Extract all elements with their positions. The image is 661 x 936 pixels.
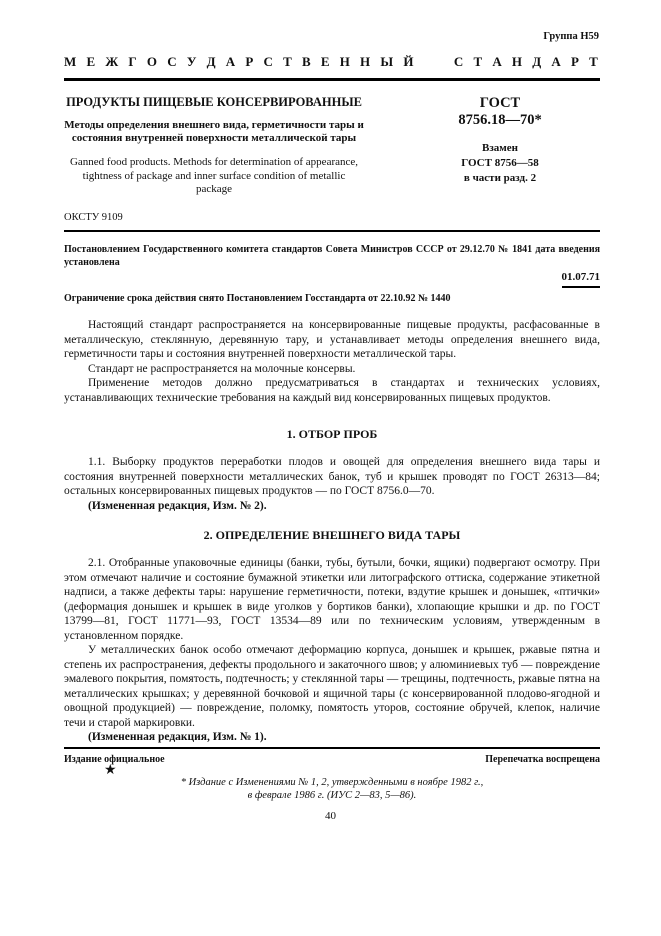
heading-letter: Е <box>321 54 330 70</box>
heading-letter: С <box>263 54 272 70</box>
decree-text: Постановлением Государственного комитета… <box>64 244 600 269</box>
section-2-heading: 2. ОПРЕДЕЛЕНИЕ ВНЕШНЕГО ВИДА ТАРЫ <box>64 528 600 543</box>
heading-letter: Е <box>86 54 95 70</box>
heading-letter: Р <box>245 54 253 70</box>
intro-section: Настоящий стандарт распространяется на к… <box>64 318 600 405</box>
heading-letter: Р <box>571 54 579 70</box>
heading-letter: Г <box>128 54 136 70</box>
section-1-amendment: (Измененная редакция, Изм. № 2). <box>64 499 600 514</box>
okstu-code: ОКСТУ 9109 <box>64 212 123 223</box>
footnote: * Издание с Изменениями № 1, 2, утвержде… <box>64 776 600 802</box>
section-1-paragraph: 1.1. Выборку продуктов переработки плодо… <box>64 455 600 499</box>
replaces-label: Взамен <box>430 141 570 156</box>
heading-letter: Т <box>473 54 482 70</box>
document-title: ПРОДУКТЫ ПИЩЕВЫЕ КОНСЕРВИРОВАННЫЕ <box>64 95 364 110</box>
standard-type-heading: МЕЖГОСУДАРСТВЕННЫЙСТАНДАРТ <box>64 54 598 70</box>
heading-letter: Ы <box>380 54 393 70</box>
section-2-paragraph: 2.1. Отобранные упаковочные единицы (бан… <box>64 556 600 643</box>
heading-letter: Н <box>360 54 370 70</box>
date-underline <box>562 286 600 288</box>
heading-letter: В <box>302 54 311 70</box>
heading-letter: А <box>551 54 560 70</box>
heading-letter: Т <box>589 54 598 70</box>
heading-letter: Д <box>532 54 541 70</box>
document-subtitle: Методы определения внешнего вида, гермет… <box>64 119 364 145</box>
replaces-part: в части разд. 2 <box>430 171 570 186</box>
gost-label: ГОСТ <box>430 95 570 112</box>
heading-letter: Н <box>340 54 350 70</box>
section-2-paragraph: У металлических банок особо отмечают деф… <box>64 643 600 730</box>
intro-paragraph: Применение методов должно предусматриват… <box>64 376 600 405</box>
effective-date: 01.07.71 <box>562 271 601 283</box>
reprint-prohibited-label: Перепечатка воспрещена <box>485 754 600 765</box>
gost-designation: ГОСТ 8756.18—70* Взамен ГОСТ 8756—58 в ч… <box>430 95 570 186</box>
heading-letter: Д <box>207 54 216 70</box>
gost-number: 8756.18—70* <box>430 112 570 129</box>
section-1-heading: 1. ОТБОР ПРОБ <box>64 427 600 442</box>
heading-letter: О <box>147 54 157 70</box>
section-2-amendment: (Измененная редакция, Изм. № 1). <box>64 730 600 745</box>
heading-letter: Й <box>403 54 413 70</box>
group-code: Группа Н59 <box>543 31 599 42</box>
footnote-line: в феврале 1986 г. (ИУС 2—83, 5—86). <box>64 789 600 802</box>
intro-paragraph: Стандарт не распространяется на молочные… <box>64 362 600 377</box>
replaces-gost: ГОСТ 8756—58 <box>430 156 570 171</box>
section-2-body: 2.1. Отобранные упаковочные единицы (бан… <box>64 556 600 745</box>
top-rule <box>64 78 600 81</box>
heading-letter: С <box>454 54 463 70</box>
section-1-body: 1.1. Выборку продуктов переработки плодо… <box>64 455 600 513</box>
middle-rule <box>64 230 600 232</box>
heading-letter: М <box>64 54 76 70</box>
heading-letter <box>424 54 444 70</box>
heading-letter: Т <box>283 54 292 70</box>
heading-letter: Ж <box>105 54 118 70</box>
bottom-rule <box>64 747 600 749</box>
title-block: ПРОДУКТЫ ПИЩЕВЫЕ КОНСЕРВИРОВАННЫЕ Методы… <box>64 95 364 197</box>
heading-letter: А <box>492 54 501 70</box>
limitation-text: Ограничение срока действия снято Постано… <box>64 293 451 304</box>
page-number: 40 <box>0 810 661 822</box>
heading-letter: А <box>226 54 235 70</box>
heading-letter: Н <box>512 54 522 70</box>
heading-letter: С <box>167 54 176 70</box>
english-title: Ganned food products. Methods for determ… <box>64 156 364 197</box>
footnote-line: * Издание с Изменениями № 1, 2, утвержде… <box>64 776 600 789</box>
heading-letter: У <box>187 54 197 70</box>
intro-paragraph: Настоящий стандарт распространяется на к… <box>64 318 600 362</box>
